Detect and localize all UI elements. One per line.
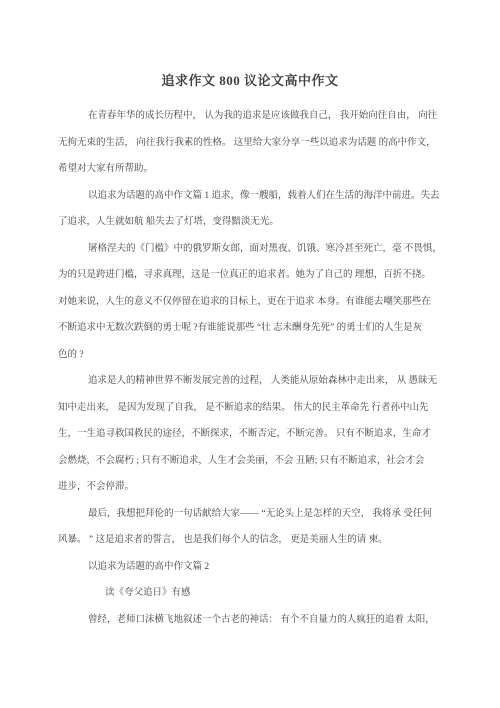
paragraph-turgenev-example: 屠格涅夫的《门槛》中的俄罗斯女郎，面对黑夜、饥饿、寒冷甚至死亡，毫 不畏惧， 为… <box>58 236 442 369</box>
paragraph-essay1-opening: 以追求为话题的高中作文篇 1 追求，像一艘船，载着人们在生活的海洋中前进。失去 … <box>58 183 442 236</box>
paragraph-intro: 在青春年华的成长历程中， 认为我的追求是应该做我自己， 我开始向往自由， 向往 … <box>58 103 442 183</box>
paragraph-essay2-heading: 以追求为话题的高中作文篇 2 <box>58 554 442 581</box>
paragraph-byron-conclusion: 最后，我想把拜伦的一句话献给大家—— “无论头上是怎样的天空， 我将承 受任何 … <box>58 501 442 554</box>
document-title: 追求作文 800 议论文高中作文 <box>58 70 442 89</box>
paragraph-essay2-subtitle: 读《夸父追日》有感 <box>58 580 442 607</box>
document-body: 在青春年华的成长历程中， 认为我的追求是应该做我自己， 我开始向往自由， 向往 … <box>58 103 442 633</box>
document-page: 追求作文 800 议论文高中作文 在青春年华的成长历程中， 认为我的追求是应该做… <box>0 0 500 708</box>
paragraph-kuafu-opening: 曾经，老师口沫横飞地叙述一个古老的神话： 有个不自量力的人疯狂的追着 太阳， <box>58 607 442 634</box>
paragraph-pursuit-argument: 追求是人的精神世界不断发展完善的过程， 人类能从原始森林中走出来， 从 愚昧无 … <box>58 368 442 501</box>
